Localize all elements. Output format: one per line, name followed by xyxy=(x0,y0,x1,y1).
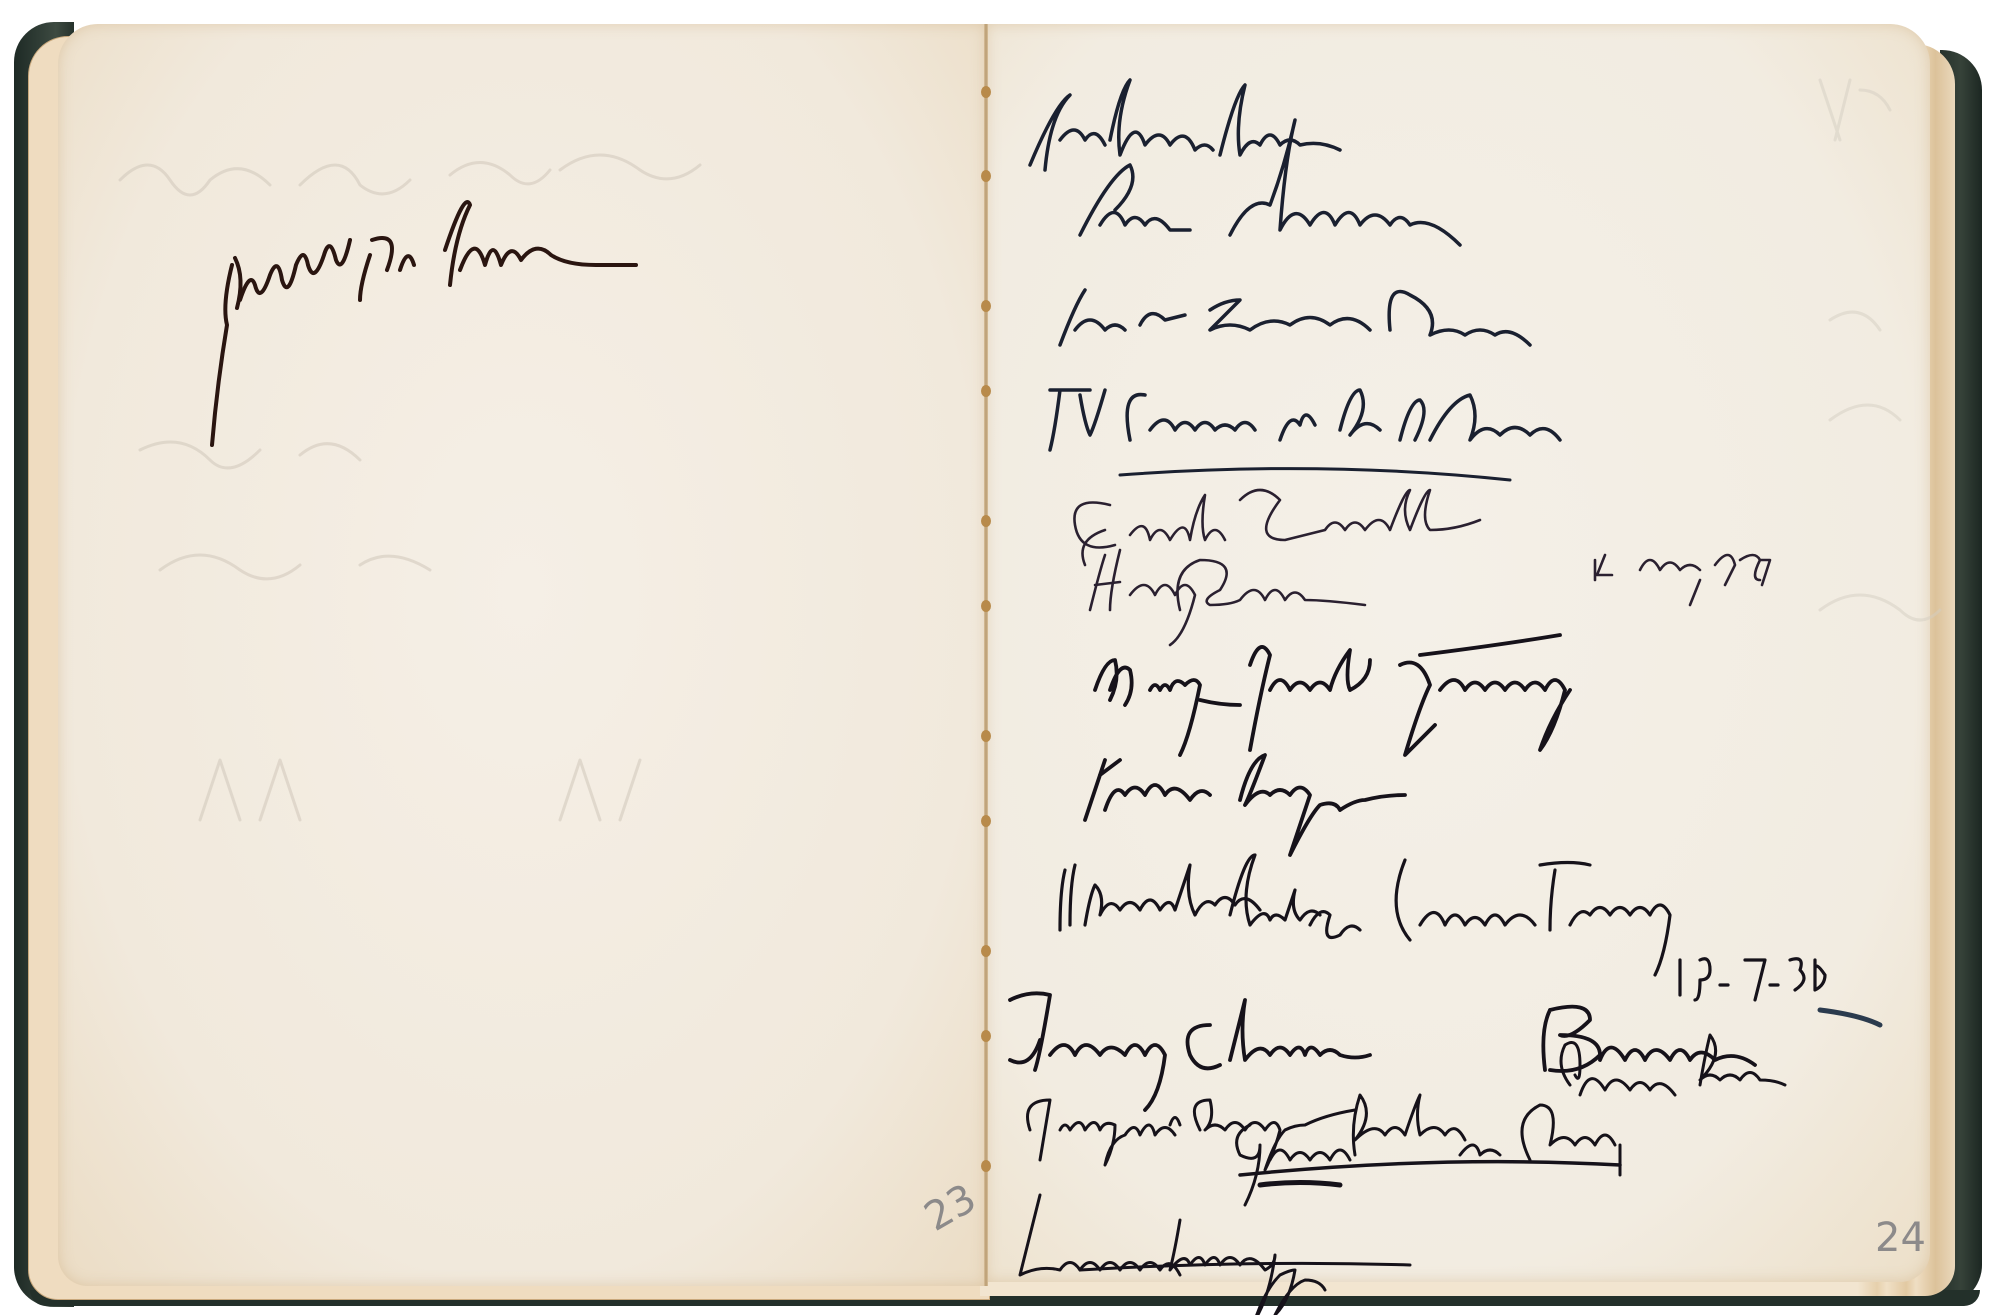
binding-stitch xyxy=(981,1160,991,1172)
binding-stitch xyxy=(981,515,991,527)
binding-stitch xyxy=(981,86,991,98)
binding-stitch xyxy=(981,385,991,397)
binding-stitch xyxy=(981,300,991,312)
binding-stitch xyxy=(981,815,991,827)
right-page xyxy=(986,24,1930,1282)
page-number-right: 24 xyxy=(1875,1215,1926,1261)
binding-stitch xyxy=(981,600,991,612)
binding-stitch xyxy=(981,170,991,182)
binding-stitch xyxy=(981,945,991,957)
signature-left-1-text: Ferdinando di Savoia xyxy=(0,0,1,1)
book-gutter xyxy=(984,24,988,1286)
left-page xyxy=(58,24,986,1286)
open-autograph-book: 23 24 Ferdinando di Savoia Paola Mozzone… xyxy=(0,0,2000,1315)
binding-stitch xyxy=(981,730,991,742)
binding-stitch xyxy=(981,1030,991,1042)
